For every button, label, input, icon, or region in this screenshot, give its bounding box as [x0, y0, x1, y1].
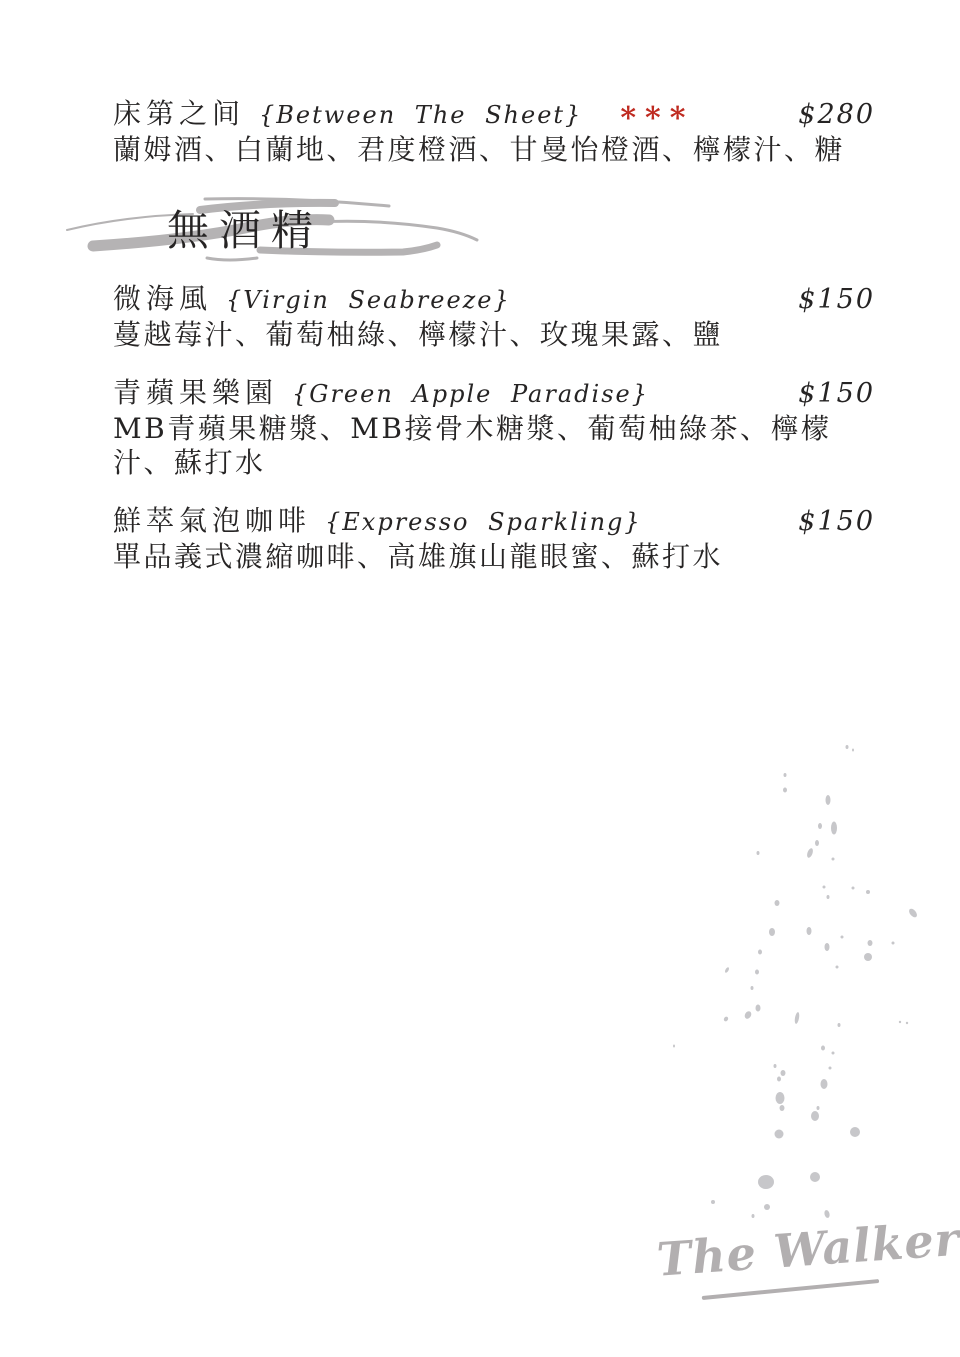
brand-logo: The Walkers [655, 1215, 911, 1322]
item-title-row: 床第之间 {Between The Sheet} *** $280 [113, 96, 875, 133]
item-name-zh: 床第之间 [113, 96, 245, 132]
item-name-en: {Green Apple Paradise} [292, 376, 649, 412]
item-name-en: {Between The Sheet} [259, 97, 582, 133]
item-ingredients: 單品義式濃縮咖啡、高雄旗山龍眼蜜、蘇打水 [113, 540, 875, 574]
menu-page: { "colors": { "text": "#262424", "accent… [0, 0, 960, 1357]
menu-item-green-apple-paradise: 青蘋果樂園 {Green Apple Paradise} $150 MB青蘋果糖… [113, 375, 875, 480]
item-name-en: {Virgin Seabreeze} [226, 282, 511, 318]
item-price: $150 [798, 504, 875, 540]
item-ingredients: MB青蘋果糖漿、MB接骨木糖漿、葡萄柚綠茶、檸檬汁、蘇打水 [113, 412, 875, 480]
item-name-en: {Expresso Sparkling} [325, 504, 642, 540]
item-title-row: 鮮萃氣泡咖啡 {Expresso Sparkling} $150 [113, 503, 875, 540]
item-price: $150 [798, 282, 875, 318]
item-name-zh: 鮮萃氣泡咖啡 [113, 503, 311, 539]
menu-item-virgin-seabreeze: 微海風 {Virgin Seabreeze} $150 蔓越莓汁、葡萄柚綠、檸檬… [113, 281, 875, 352]
item-title-row: 微海風 {Virgin Seabreeze} $150 [113, 281, 875, 318]
item-price: $280 [798, 97, 875, 133]
ink-splatter-decoration [660, 730, 950, 1250]
item-ingredients: 蔓越莓汁、葡萄柚綠、檸檬汁、玫瑰果露、鹽 [113, 318, 875, 352]
menu-item-espresso-sparkling: 鮮萃氣泡咖啡 {Expresso Sparkling} $150 單品義式濃縮咖… [113, 503, 875, 574]
item-name-zh: 微海風 [113, 281, 212, 317]
section-title: 無酒精 [167, 198, 323, 258]
menu-item-between-the-sheet: 床第之间 {Between The Sheet} *** $280 蘭姆酒、白蘭… [113, 96, 875, 167]
item-title-row: 青蘋果樂園 {Green Apple Paradise} $150 [113, 375, 875, 412]
item-price: $150 [798, 376, 875, 412]
brand-logo-underline [702, 1279, 880, 1300]
item-ingredients: 蘭姆酒、白蘭地、君度橙酒、甘曼怡橙酒、檸檬汁、糖 [113, 133, 875, 167]
spicy-stars-marker: *** [620, 101, 694, 137]
item-name-zh: 青蘋果樂園 [113, 375, 278, 411]
section-header-non-alcoholic: 無酒精 [65, 190, 485, 268]
